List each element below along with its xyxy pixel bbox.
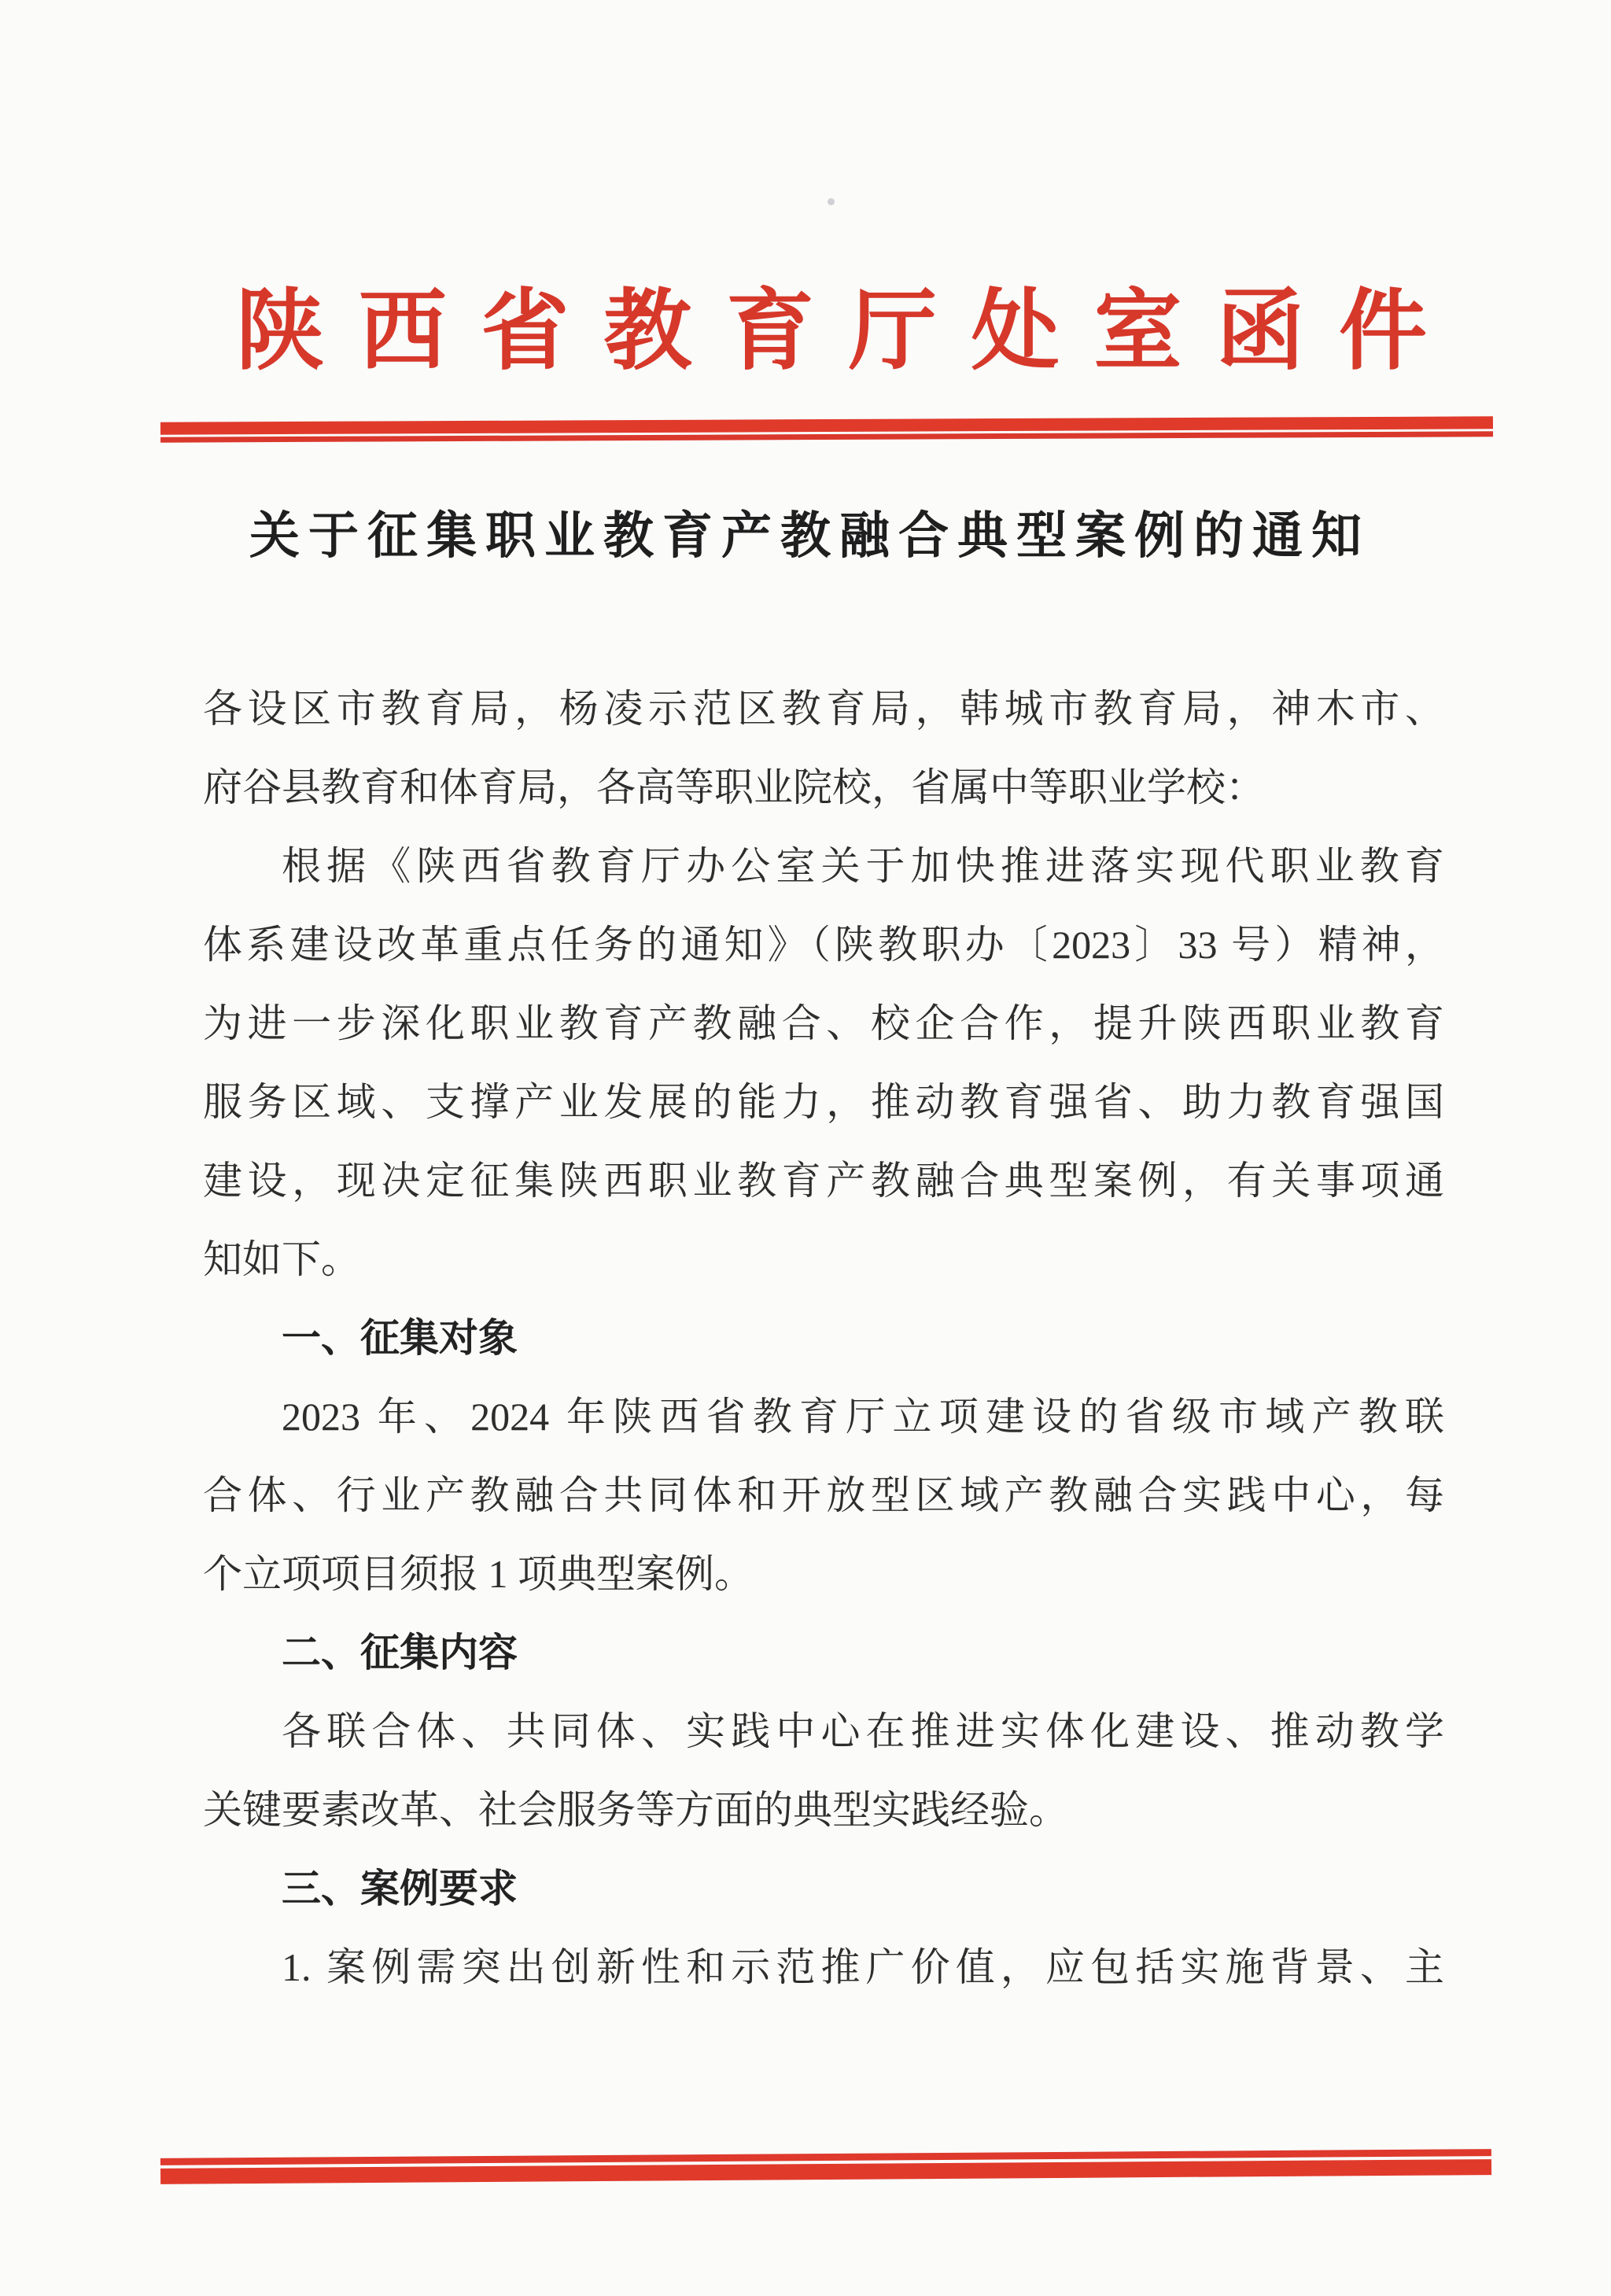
body-line: 2023 年、2024 年陕西省教育厅立项建设的省级市域产教联 (203, 1377, 1444, 1456)
body-line: 为进一步深化职业教育产教融合、校企合作，提升陕西职业教育 (203, 984, 1444, 1063)
body-line: 合体、行业产教融合共同体和开放型区域产教融合实践中心，每 (203, 1456, 1444, 1535)
section-heading: 三、案例要求 (203, 1849, 1444, 1928)
document-title: 关于征集职业教育产教融合典型案例的通知 (0, 503, 1611, 569)
letterhead-title: 陕西省教育厅处室函件 (236, 277, 1427, 387)
body-line: 知如下。 (203, 1220, 1444, 1299)
document-body: 各设区市教育局，杨凌示范区教育局，韩城市教育局，神木市、 府谷县教育和体育局，各… (203, 669, 1444, 2007)
body-line: 体系建设改革重点任务的通知》（陕教职办〔2023〕33 号）精神， (203, 905, 1444, 984)
footer-rule (160, 2149, 1491, 2184)
body-line: 根据《陕西省教育厅办公室关于加快推进落实现代职业教育 (203, 827, 1444, 905)
body-line: 1. 案例需突出创新性和示范推广价值，应包括实施背景、主 (203, 1928, 1444, 2007)
body-line: 各设区市教育局，杨凌示范区教育局，韩城市教育局，神木市、 (203, 669, 1444, 748)
body-line: 服务区域、支撑产业发展的能力，推动教育强省、助力教育强国 (203, 1063, 1444, 1141)
body-line: 建设，现决定征集陕西职业教育产教融合典型案例，有关事项通 (203, 1141, 1444, 1220)
body-line: 个立项项目须报 1 项典型案例。 (203, 1535, 1444, 1613)
header-rule (160, 416, 1493, 442)
section-heading: 一、征集对象 (203, 1299, 1444, 1377)
scan-artifact-dot (828, 198, 835, 205)
section-heading: 二、征集内容 (203, 1613, 1444, 1692)
body-line: 府谷县教育和体育局，各高等职业院校，省属中等职业学校： (203, 748, 1444, 827)
body-line: 关键要素改革、社会服务等方面的典型实践经验。 (203, 1771, 1444, 1849)
body-line: 各联合体、共同体、实践中心在推进实体化建设、推动教学 (203, 1692, 1444, 1771)
document-page: 陕西省教育厅处室函件 关于征集职业教育产教融合典型案例的通知 各设区市教育局，杨… (0, 0, 1611, 2296)
